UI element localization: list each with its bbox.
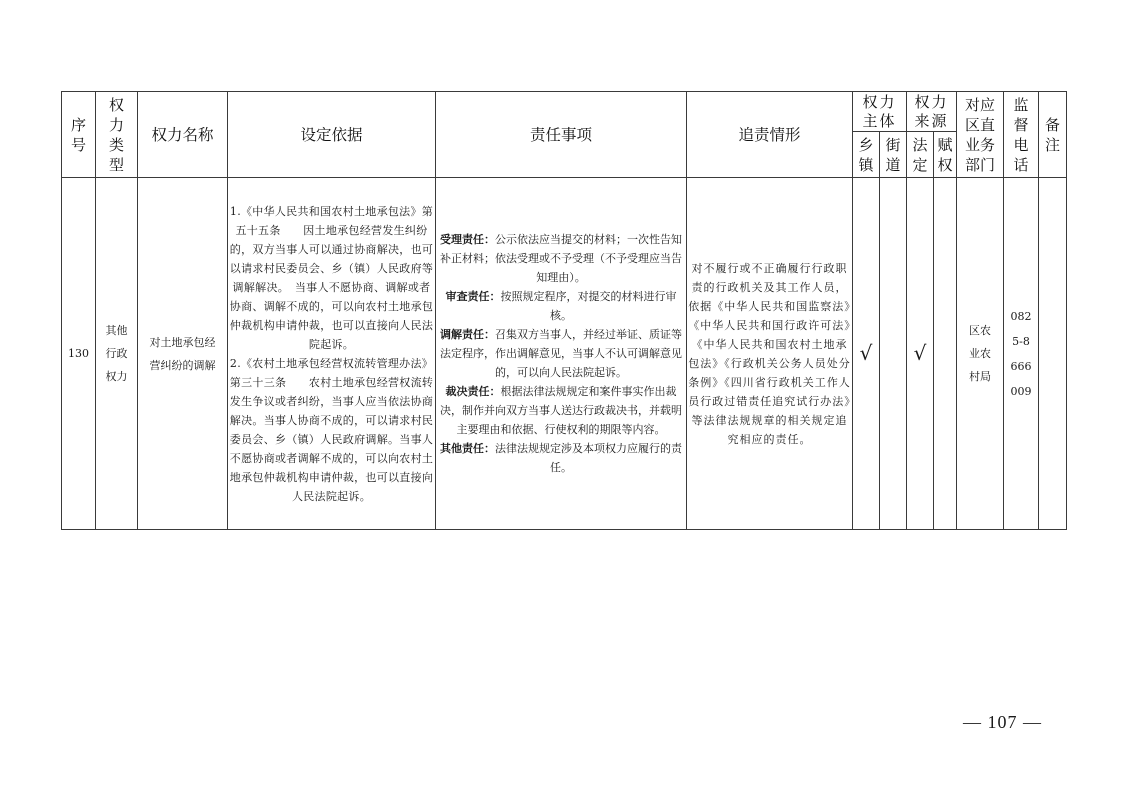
page-number: — 107 — [963, 712, 1042, 733]
header-statutory: 法 定 [907, 132, 934, 178]
power-list-table: 序 号 权 力 类 型 权力名称 设定依据 责任事项 追责情形 权力 主体 [61, 91, 1067, 530]
header-township: 乡 镇 [853, 132, 880, 178]
header-remarks: 备 注 [1039, 92, 1067, 178]
cell-seq: 130 [62, 178, 96, 530]
cell-remarks [1039, 178, 1067, 530]
header-basis: 设定依据 [228, 92, 436, 178]
header-accountability: 追责情形 [687, 92, 853, 178]
header-subdistrict: 街 道 [880, 132, 907, 178]
cell-department: 区农 业农 村局 [957, 178, 1004, 530]
responsibility-item: 审查责任：按照规定程序，对提交的材料进行审核。 [436, 287, 686, 325]
cell-statutory-check: √ [907, 178, 934, 530]
cell-township-check: √ [853, 178, 880, 530]
cell-delegated-check [934, 178, 957, 530]
header-power-type: 权 力 类 型 [96, 92, 138, 178]
cell-power-name: 对土地承包经 营纠纷的调解 [138, 178, 228, 530]
basis-item: 2.《农村土地承包经营权流转管理办法》第三十三条 农村土地承包经营权流转发生争议… [228, 354, 435, 506]
basis-item: 1.《中华人民共和国农村土地承包法》第五十五条 因土地承包经营发生纠纷的，双方当… [228, 202, 435, 354]
responsibility-item: 调解责任：召集双方当事人，并经过举证、质证等法定程序，作出调解意见，当事人不认可… [436, 325, 686, 382]
table-row: 130 其他 行政 权力 对土地承包经 营纠纷的调解 1.《中华人民共和国农村土… [62, 178, 1067, 530]
header-power-subject: 权力 主体 [853, 92, 907, 132]
cell-accountability: 对不履行或不正确履行行政职责的行政机关及其工作人员，依据《中华人民共和国监察法》… [687, 178, 853, 530]
cell-subdistrict-check [880, 178, 907, 530]
responsibility-item: 裁决责任：根据法律法规规定和案件事实作出裁决，制作并向双方当事人送达行政裁决书，… [436, 382, 686, 439]
responsibility-item: 其他责任：法律法规规定涉及本项权力应履行的责任。 [436, 439, 686, 477]
cell-phone: 082 5-8 666 009 [1004, 178, 1039, 530]
header-power-name: 权力名称 [138, 92, 228, 178]
header-power-source: 权力 来源 [907, 92, 957, 132]
header-phone: 监 督 电 话 [1004, 92, 1039, 178]
cell-basis: 1.《中华人民共和国农村土地承包法》第五十五条 因土地承包经营发生纠纷的，双方当… [228, 178, 436, 530]
header-responsibilities: 责任事项 [436, 92, 687, 178]
responsibility-item: 受理责任：公示依法应当提交的材料；一次性告知补正材料；依法受理或不予受理（不予受… [436, 230, 686, 287]
header-delegated: 赋 权 [934, 132, 957, 178]
cell-responsibilities: 受理责任：公示依法应当提交的材料；一次性告知补正材料；依法受理或不予受理（不予受… [436, 178, 687, 530]
cell-power-type: 其他 行政 权力 [96, 178, 138, 530]
header-seq: 序 号 [62, 92, 96, 178]
header-department: 对应 区直 业务 部门 [957, 92, 1004, 178]
